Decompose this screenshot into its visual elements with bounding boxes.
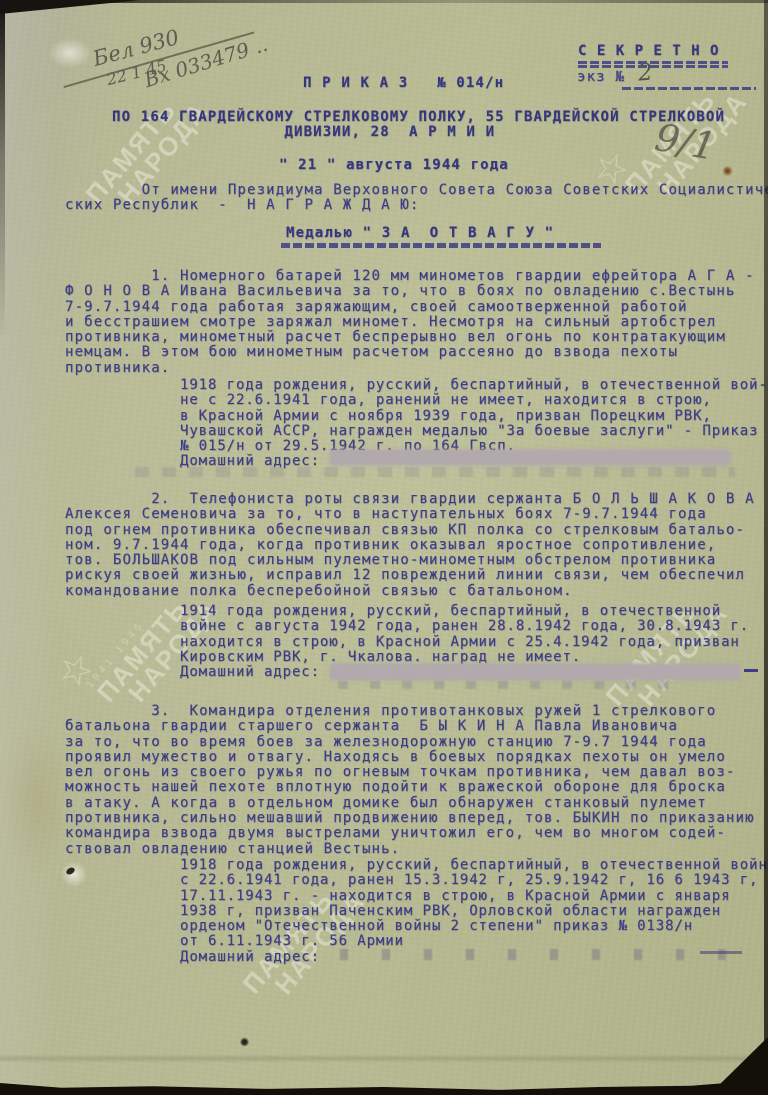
- document-scan-page: ПАМЯТЬ НАРОДА ☆ ПАМЯТЬ НАРОДА ☆ 1941-194…: [0, 0, 768, 1095]
- erased-text-remnant: [135, 467, 735, 477]
- copy-number-underline: [622, 87, 756, 90]
- secret-stamp-underline: [578, 61, 728, 64]
- secret-stamp-underline: [578, 65, 728, 68]
- order-title: П Р И К А З № 014/н: [303, 76, 504, 91]
- scan-shadow: [0, 0, 55, 1095]
- paper-tear: [60, 860, 88, 888]
- secret-stamp: С Е К Р Е Т Н О: [578, 44, 719, 59]
- tear-shadow: [65, 866, 76, 876]
- paper-crease: [0, 1054, 768, 1063]
- paper-tear: [48, 38, 92, 68]
- erased-text-remnant: [338, 681, 668, 689]
- copy-number-value: 2: [637, 59, 654, 86]
- redaction-smear: [330, 664, 740, 680]
- medal-line: Медалью " З А О Т В А Г У ": [286, 226, 554, 241]
- copy-number-label: экз №: [577, 70, 625, 85]
- scan-edge-corner: [0, 0, 140, 14]
- rust-stain: [722, 166, 733, 176]
- award-entry-1-citation: 1. Номерного батарей 120 мм минометов гв…: [65, 269, 755, 376]
- scan-edge-bottom: [0, 1079, 768, 1095]
- medal-line-underline: [281, 243, 601, 248]
- award-entry-3-citation: 3. Командира отделения противотанковых р…: [65, 704, 755, 857]
- erased-text-remnant: [340, 949, 740, 960]
- redaction-end-dash: [744, 669, 758, 672]
- scan-edge: [0, 0, 5, 340]
- redaction-end-dash: [700, 951, 742, 954]
- scan-edge: [0, 0, 768, 3]
- ink-stain: [240, 1037, 249, 1047]
- award-entry-2-citation: 2. Телефониста роты связи гвардии сержан…: [65, 492, 755, 599]
- order-date: " 21 " августа 1944 года: [279, 158, 509, 173]
- redaction-smear: [330, 450, 730, 465]
- scan-edge-corner: [696, 1037, 768, 1095]
- paper-stain: [0, 720, 70, 880]
- unit-designation: ПО 164 ГВАРДЕЙСКОМУ СТРЕЛКОВОМУ ПОЛКУ, 5…: [112, 110, 725, 141]
- award-preamble: От имени Президиума Верховного Совета Со…: [65, 183, 768, 214]
